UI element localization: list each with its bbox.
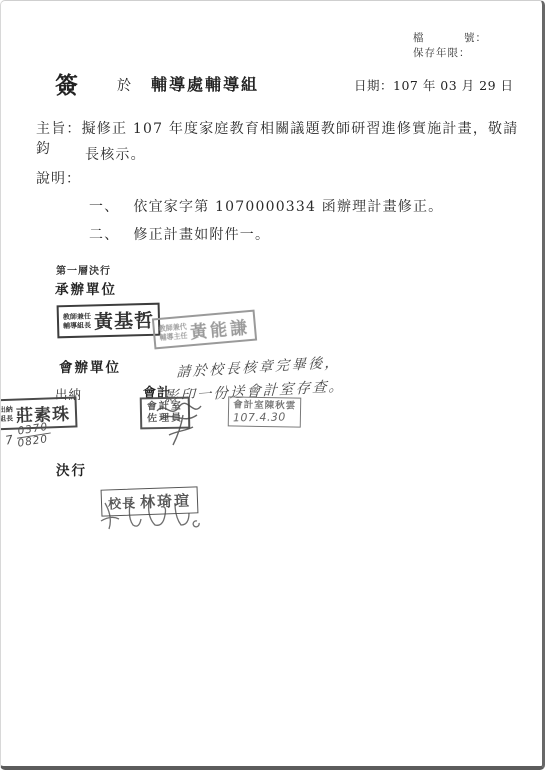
subject-label: 主旨： (36, 121, 82, 137)
at-label: 於 (117, 75, 131, 95)
director-stamp: 教師兼代 輔導主任 黃能謙 (152, 310, 257, 350)
file-label-rest: 號： (464, 31, 487, 46)
item-text: 依宜家字第 1070000334 函辦理計畫修正。 (133, 199, 443, 215)
item-number: 二、 (89, 227, 119, 243)
counselor-stamp: 教師兼任 輔導組長 黃基哲 (57, 303, 161, 339)
explanation-item-1: 一、依宜家字第 1070000334 函辦理計畫修正。 (89, 196, 443, 216)
file-label-char: 檔 (413, 31, 425, 46)
first-level-label: 第一層決行 (56, 262, 111, 277)
decision-label: 決行 (56, 459, 87, 479)
file-number-label: 檔 號： (413, 31, 487, 46)
stamp-name: 林琦瑄 (140, 490, 192, 513)
subject-continuation: 長核示。 (85, 144, 146, 164)
cosign-unit-label: 會辦單位 (59, 356, 121, 376)
item-number: 一、 (89, 199, 119, 215)
stamp-title-line2: 輔導主任 (159, 331, 188, 342)
stamp-title-line2: 組長 (0, 414, 13, 423)
doc-date: 日期：107 年 03 月 29 日 (354, 76, 514, 94)
handwriting-fraction: 0370 0820 (15, 422, 53, 450)
stamp-title: 教師兼代 輔導主任 (158, 323, 187, 342)
principal-stamp: 校長 林琦瑄 (101, 486, 199, 516)
stamp-handwritten-date: 107.4.30 (233, 411, 286, 424)
scanned-memo-page: 檔 號： 保存年限： 簽 於 輔導處輔導組 日期：107 年 03 月 29 日… (0, 0, 545, 770)
stamp-title-line2: 輔導組長 (63, 321, 91, 330)
explanation-item-2: 二、修正計畫如附件一。 (89, 224, 270, 244)
stamp-line1: 會計室 (147, 401, 183, 414)
file-label-block: 檔 號： 保存年限： (413, 31, 487, 61)
retention-label: 保存年限： (413, 46, 487, 61)
stamp-line2: 佐理員 (147, 413, 183, 426)
stamp-title: 出納 組長 (0, 406, 13, 423)
unit-title: 輔導處輔導組 (151, 72, 259, 95)
item-text: 修正計畫如附件一。 (133, 227, 270, 243)
accounting-chief-stamp: 會計室陳秋雲 107.4.30 (228, 396, 302, 427)
doc-type-sign: 簽 (55, 67, 78, 100)
handling-unit-label: 承辦單位 (55, 278, 117, 298)
stamp-name: 黃基哲 (94, 306, 155, 335)
accounting-clerk-stamp: 會計室 佐理員 (140, 397, 191, 430)
explanation-label: 說明： (36, 168, 81, 188)
fraction-bottom: 0820 (17, 433, 53, 449)
handwriting-prefix: 7 (4, 432, 15, 447)
stamp-title: 校長 (108, 492, 137, 512)
stamp-title: 教師兼任 輔導組長 (63, 312, 91, 330)
stamp-name: 黃能謙 (189, 313, 251, 343)
